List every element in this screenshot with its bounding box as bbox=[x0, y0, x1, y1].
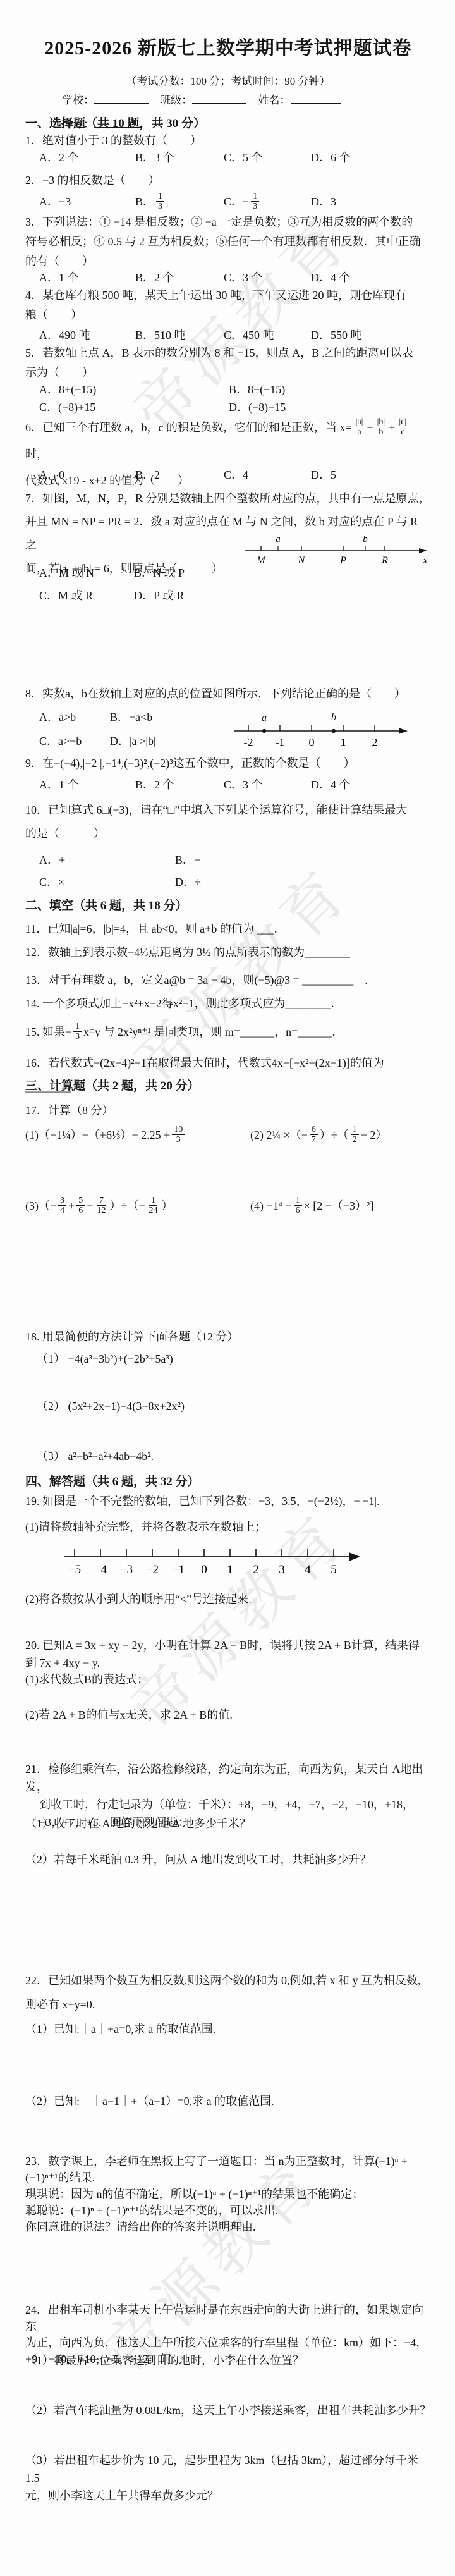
question-23-line: 23．数学课上，李老师在黑板上写了一道题目：当 n为正整数时，计算(−1)ⁿ + bbox=[25, 2153, 431, 2169]
section-2-heading: 二、填空（共 6 题，共 18 分） bbox=[25, 894, 431, 918]
q8-label-a: a bbox=[262, 713, 267, 723]
field-school-blank bbox=[94, 90, 149, 104]
q21-sub-1: （1）收工时在 A 地的哪边距 A 地多少千米？ bbox=[25, 1815, 431, 1832]
q8-tick-label: 0 bbox=[309, 736, 315, 749]
question-12: 12．数轴上到表示数−4⅓点距离为 3½ 的点所表示的数为________ bbox=[25, 940, 431, 964]
option-c: C．M 或 R bbox=[39, 584, 134, 607]
q18-item-3: （3） a²−b²−a²+4ab−4b². bbox=[25, 1444, 431, 1468]
q8-tick-label: -2 bbox=[244, 736, 253, 749]
option-c: C．3 个 bbox=[224, 268, 311, 287]
question-5-line: 示为（ ） bbox=[25, 363, 431, 383]
question-23-line: 你同意谁的说法？请给出你的答案并说明理由. bbox=[25, 2219, 431, 2235]
question-10-line: 的是（ ） bbox=[25, 822, 431, 845]
option-b: B．2 个 bbox=[135, 268, 224, 287]
option-d: D．550 吨 bbox=[311, 326, 431, 345]
q8-tick-label: -1 bbox=[276, 736, 285, 749]
question-5-line: 5．若数轴上点 A，B 表示的数分别为 8 和 −15，则点 A，B 之间的距离… bbox=[25, 343, 431, 363]
question-3-line: 3．下列说法：① −14 是相反数；② −a 一定是负数；③互为相反数的两个数的 bbox=[25, 212, 431, 232]
question-6-options: A．0 B．2 C．4 D．5 bbox=[25, 465, 431, 484]
option-b: B．2 bbox=[135, 465, 224, 484]
q24-sub-3: （3）若出租车起步价为 10 元，起步里程为 3km（包括 3km），超过部分每… bbox=[25, 2451, 431, 2505]
q19-sub-1: (1)请将数轴补充完整，并将各数表示在数轴上； bbox=[25, 1515, 431, 1539]
question-20-line: 20. 已知A = 3x + xy − 2y，小明在计算 2A − B时，误将其… bbox=[25, 1636, 431, 1654]
fraction: |b|b bbox=[375, 417, 387, 437]
q7-label-a: a bbox=[276, 534, 281, 544]
question-10-options: A．+ B．− C．× D．÷ bbox=[25, 849, 431, 893]
question-24-line: 为正，向西为负，他这天上午所接六位乘客的行车里程（单位：km）如下：−4， bbox=[25, 2334, 431, 2351]
question-23-line: (−1)ⁿ⁺¹的结果. bbox=[25, 2169, 431, 2186]
question-21-line: 21．检修组乘汽车，沿公路检修线路，约定向东为正，向西为负，某天自 A地出发， bbox=[25, 1760, 431, 1796]
q19-tick-label: −1 bbox=[172, 1563, 185, 1576]
option-c: C．× bbox=[39, 871, 175, 893]
q18-item-1: （1） −4(a³−3b²)+(−2b²+5a³) bbox=[25, 1347, 431, 1371]
question-9-options: A．1 个 B．2 个 C．3 个 D．4 个 bbox=[25, 775, 431, 794]
question-8-options: A．a>b B．−a<b C．a>−b D．|a|>|b| bbox=[25, 705, 248, 753]
q19-tick-label: 4 bbox=[305, 1563, 311, 1576]
q8-label-b: b bbox=[331, 712, 336, 723]
question-4-line: 粮（ ） bbox=[25, 305, 431, 325]
q20-sub-1: (1)求代数式B的表达式； bbox=[25, 1671, 431, 1688]
q19-tick-label: 2 bbox=[253, 1563, 259, 1576]
fraction: 12 bbox=[351, 1125, 359, 1144]
q24-sub-2: （2）若汽车耗油量为 0.08L/km，这天上午小李接送乘客，出租车共耗油多少升… bbox=[25, 2401, 431, 2419]
option-b: B．− bbox=[175, 849, 431, 871]
fraction: 67 bbox=[310, 1125, 318, 1144]
field-school-label: 学校： bbox=[62, 89, 94, 113]
question-23-line: 聪聪说：(−1)ⁿ + (−1)ⁿ⁺¹的结果是不变的，可以求出. bbox=[25, 2202, 431, 2219]
fraction: 13 bbox=[73, 1022, 82, 1041]
q19-tick-label: 3 bbox=[279, 1563, 285, 1576]
option-a: A．1 个 bbox=[39, 775, 135, 794]
option-a: A．0 bbox=[39, 465, 135, 484]
option-c: C．5 个 bbox=[224, 145, 311, 169]
fraction: 13 bbox=[156, 192, 164, 211]
option-d: D．|a|>|b| bbox=[110, 729, 248, 753]
q19-tick-label: −4 bbox=[94, 1563, 107, 1576]
q19-tick-label: 5 bbox=[331, 1563, 337, 1576]
question-3: 3．下列说法：① −14 是相反数；② −a 一定是负数；③互为相反数的两个数的… bbox=[25, 212, 431, 271]
option-a: A．M 或 N bbox=[39, 561, 134, 584]
field-school: 学校： bbox=[62, 89, 149, 113]
q22-sub-2: （2）已知: ｜a−1｜+（a−1）=0,求 a 的取值范围. bbox=[25, 2089, 431, 2113]
question-10-line: 10．已知算式 6□(−3)，请在“□”中填入下列某个运算符号，能使计算结果最大 bbox=[25, 799, 431, 822]
option-a: A．+ bbox=[39, 849, 175, 871]
question-5: 5．若数轴上点 A，B 表示的数分别为 8 和 −15，则点 A，B 之间的距离… bbox=[25, 343, 431, 383]
option-b: B．3 个 bbox=[135, 145, 224, 169]
question-9: 9．在−(−4),|−2 |,−1⁴,(−3)²,(−2)³这五个数中，正数的个… bbox=[25, 751, 431, 775]
field-class: 班级： bbox=[160, 89, 246, 113]
option-d: D．6 个 bbox=[311, 145, 431, 169]
fraction: 56 bbox=[76, 1196, 85, 1215]
q17-item-4: (4) −1⁴ −16× [2 −（−3）²] bbox=[250, 1191, 431, 1220]
q19-tick-label: 0 bbox=[201, 1563, 207, 1576]
option-d: D．4 个 bbox=[311, 775, 431, 794]
q24-sub-3-line: （3）若出租车起步价为 10 元，起步里程为 3km（包括 3km），超过部分每… bbox=[25, 2451, 431, 2487]
q18-item-2: （2） (5x²+2x−1)−4(3−8x+2x²) bbox=[25, 1394, 431, 1418]
option-a: A．2 个 bbox=[39, 145, 135, 169]
option-d: D．4 个 bbox=[311, 268, 431, 287]
question-19: 19. 如图是一个不完整的数轴，已知下列各数：−3，3.5，−(−2½)，−|−… bbox=[25, 1488, 431, 1514]
fraction: 16 bbox=[294, 1196, 302, 1215]
question-18: 18. 用最简便的方法计算下面各题（12 分） bbox=[25, 1325, 431, 1349]
q21-sub-2: （2）若每千米耗油 0.3 升，问从 A 地出发到收工时，共耗油多少升？ bbox=[25, 1851, 431, 1868]
q8-tick-label: 2 bbox=[372, 736, 378, 749]
section-3-heading: 三、计算题（共 2 题，共 20 分） bbox=[25, 1074, 431, 1098]
fraction: 712 bbox=[95, 1196, 107, 1215]
question-23-line: 琪琪说：因为 n的值不确定，所以(−1)ⁿ + (−1)ⁿ⁺¹的结果也不能确定； bbox=[25, 2186, 431, 2202]
q22-sub-1: （1）已知:｜a｜+a=0,求 a 的取值范围. bbox=[25, 2017, 431, 2041]
question-21-line: 到收工时，行走记录为（单位：千米）：+8，−9，+4，+7，−2，−10，+18… bbox=[25, 1796, 431, 1813]
q19-tick-label: −3 bbox=[120, 1563, 133, 1576]
option-a: A．a>b bbox=[39, 705, 110, 729]
option-c: C．4 bbox=[224, 465, 311, 484]
option-c: C．3 个 bbox=[224, 775, 311, 794]
exam-paper-page: 帝源教育 帝源教育 帝源教育 帝源教育 2025-2026 新版七上数学期中考试… bbox=[0, 0, 455, 2576]
question-20: 20. 已知A = 3x + xy − 2y，小明在计算 2A − B时，误将其… bbox=[25, 1636, 431, 1672]
question-7-options: A．M 或 N B．N 或 P C．M 或 R D．P 或 R bbox=[25, 561, 431, 607]
field-name-label: 姓名： bbox=[258, 89, 291, 113]
q20-sub-2: (2)若 2A + B的值与x无关，求 2A + B的值. bbox=[25, 1706, 431, 1724]
question-24-line: 24．出租车司机小李某天上午营运时是在东西走向的大街上进行的，如果规定向东 bbox=[25, 2302, 431, 2334]
question-11: 11．已知|a|=6，|b|=4，且 ab<0，则 a+b 的值为 ___． bbox=[25, 917, 431, 941]
fraction: 34 bbox=[58, 1196, 66, 1215]
question-1-options: A．2 个 B．3 个 C．5 个 D．6 个 bbox=[25, 145, 431, 169]
option-d: D．(−8)−15 bbox=[229, 398, 431, 416]
q19-tick-label: −5 bbox=[68, 1563, 81, 1576]
fraction: 124 bbox=[147, 1196, 159, 1215]
option-a: A．8+(−15) bbox=[39, 381, 229, 398]
question-14: 14. 一个多项式加上−x²+x−2得x²−1，则此多项式应为________． bbox=[25, 991, 431, 1015]
fraction: |a|a bbox=[354, 417, 365, 437]
option-b: B．N 或 P bbox=[134, 561, 431, 584]
question-8: 8．实数a，b在数轴上对应的点的位置如图所示，下列结论正确的是（ ） bbox=[25, 682, 431, 706]
q19-tick-label: −2 bbox=[146, 1563, 159, 1576]
question-4-options: A．490 吨 B．510 吨 C．450 吨 D．550 吨 bbox=[25, 326, 431, 345]
question-7-line: 7．如图，M，N，P，R 分别是数轴上四个整数所对应的点，其中有一点是原点， bbox=[25, 487, 431, 510]
question-3-options: A．1 个 B．2 个 C．3 个 D．4 个 bbox=[25, 268, 431, 287]
question-17: 17．计算（8 分） bbox=[25, 1098, 431, 1122]
q24-sub-1: （1）将最后一位乘客送到目的地时，小李在什么位置？ bbox=[25, 2352, 431, 2369]
option-d: D．P 或 R bbox=[134, 584, 431, 607]
option-b: B．8−(−15) bbox=[229, 381, 431, 398]
question-22-line: 22．已知如果两个数互为相反数,则这两个数的和为 0,例如,若 x 和 y 互为… bbox=[25, 1968, 431, 1992]
question-3-line: 符号必相反；④ 0.5 与 2 互为相反数；⑤任何一个有理数都有相反数．其中正确 bbox=[25, 232, 431, 252]
option-c: C．(−8)+15 bbox=[39, 398, 229, 416]
q19-sub-2: (2)将各数按从小到大的顺序用“<”号连接起来. bbox=[25, 1587, 431, 1611]
fraction: 103 bbox=[172, 1125, 185, 1144]
question-15: 15. 如果−13xᵐy 与 2x²yⁿ⁺¹ 是同类项，则 m=______，n… bbox=[25, 1017, 431, 1047]
option-c: C．450 吨 bbox=[224, 326, 311, 345]
option-a: A．1 个 bbox=[39, 268, 135, 287]
q19-number-line-diagram: −5 −4 −3 −2 −1 0 1 2 3 4 5 bbox=[63, 1543, 373, 1579]
option-b: B．510 吨 bbox=[135, 326, 224, 345]
question-22-line: 则必有 x+y=0. bbox=[25, 1992, 431, 2016]
field-class-label: 班级： bbox=[160, 89, 192, 113]
question-4: 4．某仓库有粮 500 吨，某天上午运出 30 吨，下午又运进 20 吨，则仓库… bbox=[25, 286, 431, 325]
field-name-blank bbox=[291, 90, 341, 104]
option-a: A．490 吨 bbox=[39, 326, 135, 345]
q19-tick-label: 1 bbox=[227, 1563, 233, 1576]
fraction: 13 bbox=[251, 192, 259, 211]
field-class-blank bbox=[192, 90, 246, 104]
question-13: 13．对于有理数 a，b，定义a@b = 3a − 4b，则(−5)@3 = _… bbox=[25, 968, 431, 992]
question-10: 10．已知算式 6□(−3)，请在“□”中填入下列某个运算符号，能使计算结果最大… bbox=[25, 799, 431, 845]
exam-title: 2025-2026 新版七上数学期中考试押题试卷 bbox=[25, 37, 431, 61]
question-20-line: 到 7x + 4xy − y. bbox=[25, 1654, 431, 1672]
question-23: 23．数学课上，李老师在黑板上写了一道题目：当 n为正整数时，计算(−1)ⁿ +… bbox=[25, 2153, 431, 2235]
q8-tick-label: 1 bbox=[341, 736, 346, 749]
question-5-options: A．8+(−15) B．8−(−15) C．(−8)+15 D．(−8)−15 bbox=[25, 381, 431, 416]
field-name: 姓名： bbox=[258, 89, 341, 113]
option-d: D．÷ bbox=[175, 871, 431, 893]
option-d: D．5 bbox=[311, 465, 431, 484]
question-4-line: 4．某仓库有粮 500 吨，某天上午运出 30 吨，下午又运进 20 吨，则仓库… bbox=[25, 286, 431, 305]
question-22: 22．已知如果两个数互为相反数,则这两个数的和为 0,例如,若 x 和 y 互为… bbox=[25, 1968, 431, 2016]
fraction: |c|c bbox=[397, 417, 408, 437]
q24-sub-3-line: 元，则小李这天上午共得车费多少元？ bbox=[25, 2487, 431, 2505]
q7-label-b: b bbox=[363, 534, 368, 544]
option-b: B．2 个 bbox=[135, 775, 224, 794]
q8-number-line-diagram: a b -2 -1 0 1 2 bbox=[233, 709, 413, 751]
option-b: B．−a<b bbox=[110, 705, 248, 729]
q17-item-2: (2) 2¼ ×（−67）÷（12− 2） bbox=[250, 1120, 431, 1150]
option-c: C．a>−b bbox=[39, 729, 110, 753]
question-6-line-1: 6．已知三个有理数 a，b，c 的积是负数，它们的和是正数，当 x=|a|a+|… bbox=[25, 414, 431, 467]
